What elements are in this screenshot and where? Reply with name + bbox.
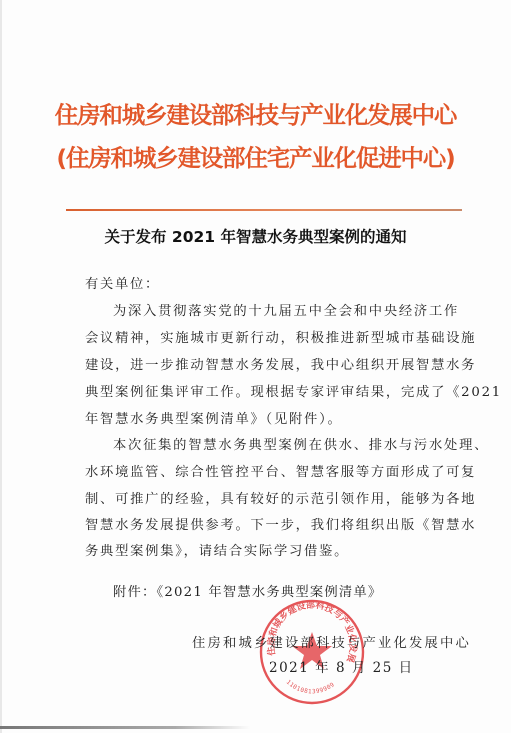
paragraph-1-line-1: 为深入贯彻落实党的十九届五中全会和中央经济工作 bbox=[113, 300, 459, 319]
paragraph-2-line-3: 制、可推广的经验，具有较好的示范引领作用，能够为各地 bbox=[85, 488, 476, 507]
issuer-signature: 住房和城乡建设部科技与产业化发展中心 bbox=[192, 632, 471, 651]
seal-serial: 1101081399909 bbox=[285, 679, 337, 696]
paragraph-2-line-4: 智慧水务发展提供参考。下一步，我们将组织出版《智慧水 bbox=[85, 514, 476, 533]
paragraph-1-line-5: 年智慧水务典型案例清单》（见附件）。 bbox=[85, 408, 343, 427]
paragraph-2-line-1: 本次征集的智慧水务典型案例在供水、排水与污水处理、 bbox=[113, 434, 489, 453]
svg-text:1101081399909: 1101081399909 bbox=[285, 679, 337, 696]
paragraph-1-line-3: 建设，进一步推动智慧水务发展，我中心组织开展智慧水务 bbox=[85, 354, 476, 373]
letterhead-line-2: (住房和城乡建设部住宅产业化促进中心) bbox=[0, 139, 511, 173]
paragraph-1-line-4: 典型案例征集评审工作。现根据专家评审结果，完成了《2021 bbox=[85, 381, 502, 400]
paragraph-2-line-5: 务典型案例集》，请结合实际学习借鉴。 bbox=[85, 540, 349, 559]
official-seal-icon: 住房和城乡建设部科技与产业化发展中心 1101081399909 bbox=[258, 598, 366, 706]
paragraph-1-line-2: 会议精神，实施城市更新行动，积极推进新型城市基础设施 bbox=[85, 327, 476, 346]
document-title: 关于发布 2021 年智慧水务典型案例的通知 bbox=[0, 225, 511, 247]
issue-date: 2021 年 8 月 25 日 bbox=[269, 656, 414, 676]
scan-bottom-edge bbox=[0, 726, 250, 729]
letterhead-line-1: 住房和城乡建设部科技与产业化发展中心 bbox=[0, 96, 511, 130]
paragraph-2-line-2: 水环境监管、综合性管控平台、智慧客服等方面形成了可复 bbox=[85, 461, 476, 480]
salutation: 有关单位： bbox=[85, 272, 465, 299]
letterhead-divider bbox=[66, 209, 462, 211]
document-page: 住房和城乡建设部科技与产业化发展中心 (住房和城乡建设部住宅产业化促进中心) 关… bbox=[0, 0, 511, 733]
